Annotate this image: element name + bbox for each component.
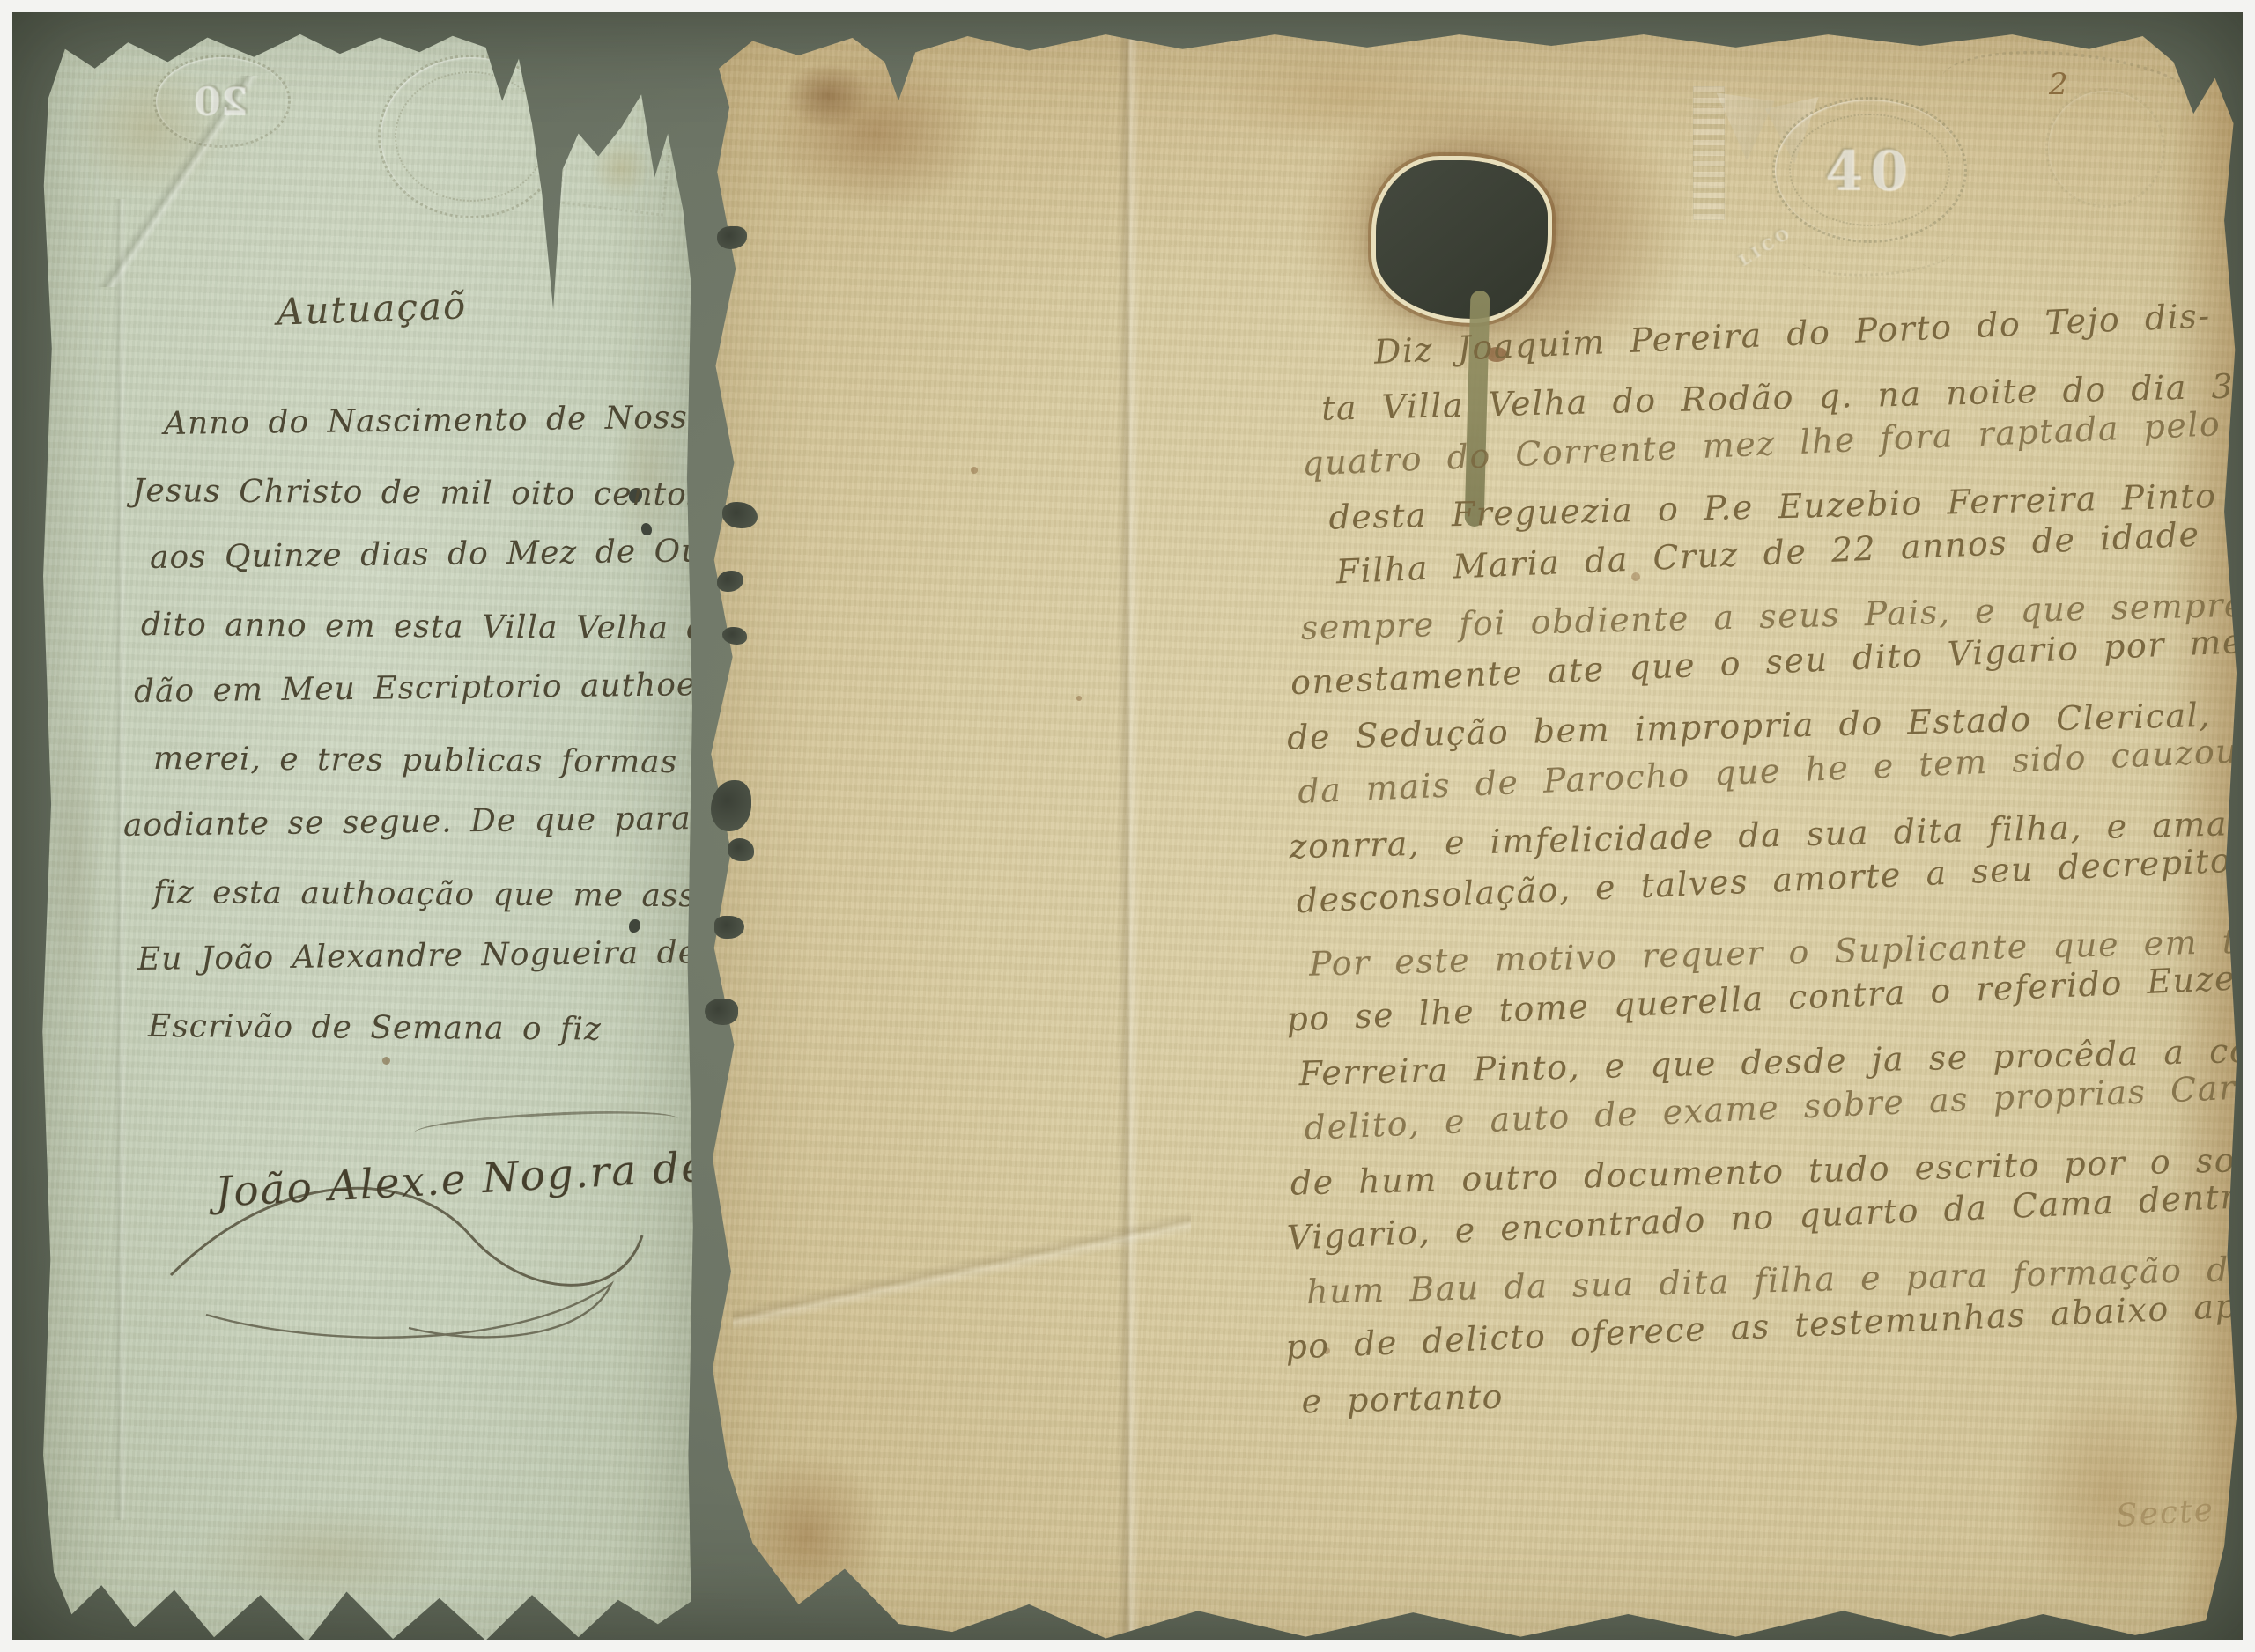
handwritten-line-9: Eu João Alexandre Nogueira de Britto: [137, 920, 656, 993]
stain: [141, 1485, 511, 1626]
embossed-inner-ring: [1789, 114, 1950, 226]
embossed-column: [1693, 86, 1725, 220]
pen-flourish: [413, 1106, 678, 1146]
backdrop: 20 Autuaçaõ Anno do Nascimento de Nosso …: [12, 12, 2243, 1640]
handwritten-line-8: fiz esta authoação que me assigno.: [153, 859, 656, 930]
freckle: [971, 467, 978, 474]
embossed-oval-ornament: [378, 55, 564, 218]
fold-crease: [1117, 26, 1140, 1640]
embossed-rect-ornament: [558, 63, 681, 217]
stamp-value-20: 20: [195, 79, 248, 124]
document-heading: Autuaçaõ: [276, 284, 468, 334]
handwritten-line-3: aos Quinze dias do Mez de Outubro do: [150, 519, 656, 592]
freckle: [1076, 696, 1082, 701]
handwritten-line-6: merei, e tres publicas formas por: [153, 726, 656, 796]
embossed-letters: LICO: [1735, 223, 1795, 269]
handwritten-line-10: Escrivão de Semana o fiz: [148, 993, 656, 1064]
embossed-stamp-40: 40: [1772, 97, 1967, 243]
right-page: 40 LICO 2 Diz Joaquim Pereira do Porto d…: [706, 26, 2243, 1640]
photo-frame: 20 Autuaçaõ Anno do Nascimento de Nosso …: [0, 0, 2255, 1652]
handwritten-line-5: dão em Meu Escriptorio authoei e nu-: [134, 653, 656, 726]
fold-crease: [733, 1171, 1191, 1365]
faint-corner-word: Secte: [2115, 1492, 2215, 1535]
embossed-inner-ring: [395, 71, 547, 202]
stain: [1164, 26, 1534, 167]
left-page-text: Anno do Nascimento de Nosso SenhorJesus …: [127, 391, 655, 1060]
embossed-stamp-20: 20: [153, 55, 291, 148]
right-page-text: Diz Joaquim Pereira do Porto do Tejo dis…: [1241, 294, 2243, 1429]
handwritten-line-2: Jesus Christo de mil oito centos e cinco…: [132, 458, 656, 528]
handwritten-line-4: dito anno em esta Villa Velha do Ro-: [141, 592, 656, 662]
left-page: 20 Autuaçaõ Anno do Nascimento de Nosso …: [35, 23, 698, 1640]
stain: [770, 51, 884, 139]
stain: [706, 1427, 909, 1640]
embossed-circle-ornament: [2045, 88, 2165, 208]
tear-hole: [1376, 160, 1548, 319]
page-number: 2: [2049, 67, 2068, 102]
stain: [35, 639, 115, 1080]
stain: [726, 28, 1025, 240]
handwritten-line-7: aodiante se segue. De que para constar: [123, 786, 656, 859]
handwritten-line-1: Anno do Nascimento de Nosso Senhor: [164, 385, 656, 458]
